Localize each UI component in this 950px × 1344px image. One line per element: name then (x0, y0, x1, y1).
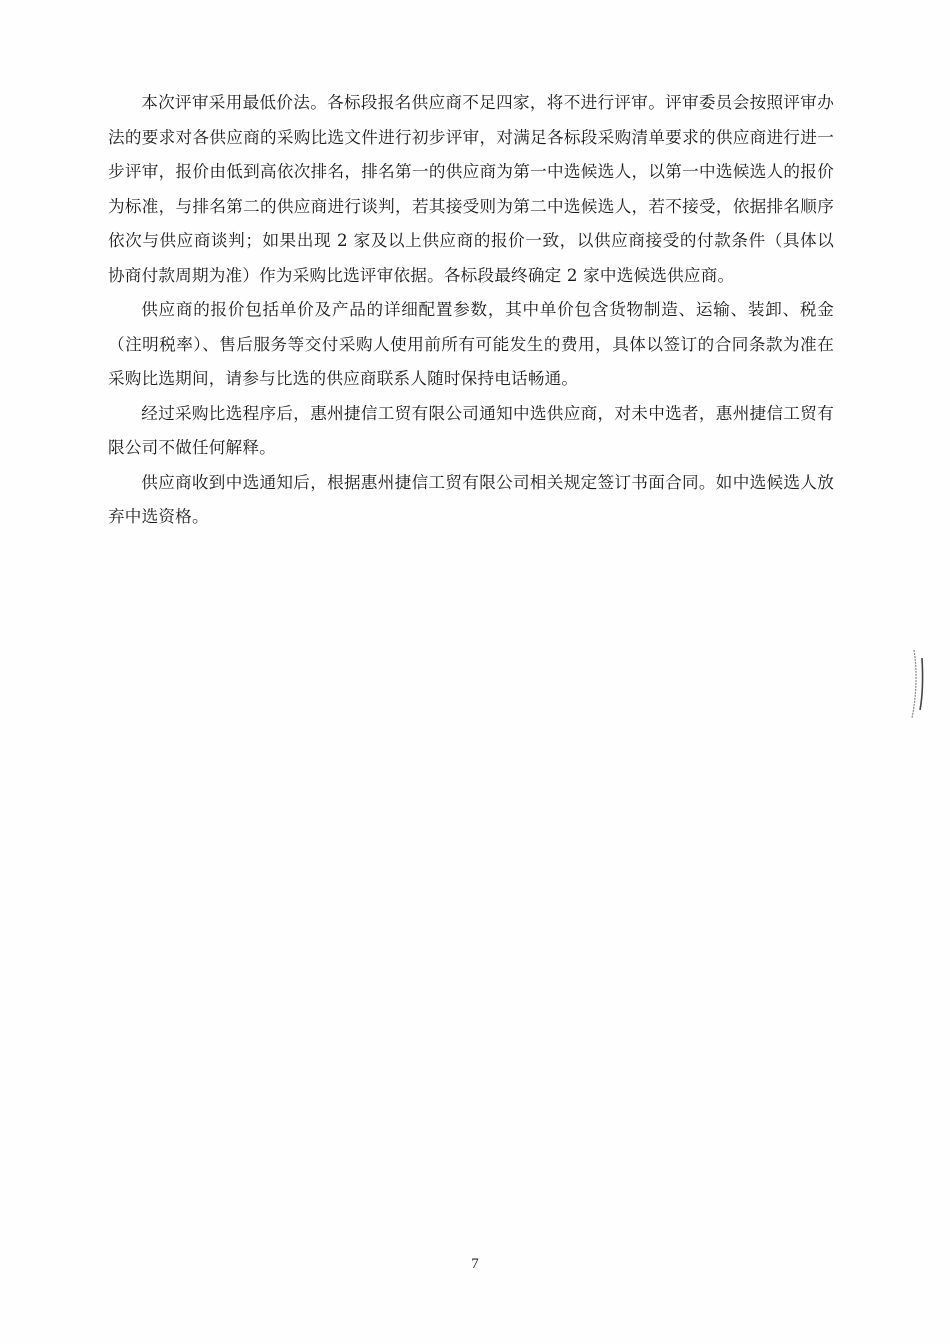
scan-edge-mark-icon (911, 648, 931, 720)
page-number: 7 (0, 1256, 950, 1273)
paragraph-quotation-scope: 供应商的报价包括单价及产品的详细配置参数，其中单价包含货物制造、运输、装卸、税金… (108, 293, 834, 397)
paragraph-evaluation-method: 本次评审采用最低价法。各标段报名供应商不足四家，将不进行评审。评审委员会按照评审… (108, 86, 834, 293)
document-page: 本次评审采用最低价法。各标段报名供应商不足四家，将不进行评审。评审委员会按照评审… (0, 0, 950, 1344)
paragraph-contract-signing: 供应商收到中选通知后，根据惠州捷信工贸有限公司相关规定签订书面合同。如中选候选人… (108, 466, 834, 535)
paragraph-notification: 经过采购比选程序后，惠州捷信工贸有限公司通知中选供应商，对未中选者，惠州捷信工贸… (108, 397, 834, 466)
body-text: 本次评审采用最低价法。各标段报名供应商不足四家，将不进行评审。评审委员会按照评审… (108, 86, 834, 535)
